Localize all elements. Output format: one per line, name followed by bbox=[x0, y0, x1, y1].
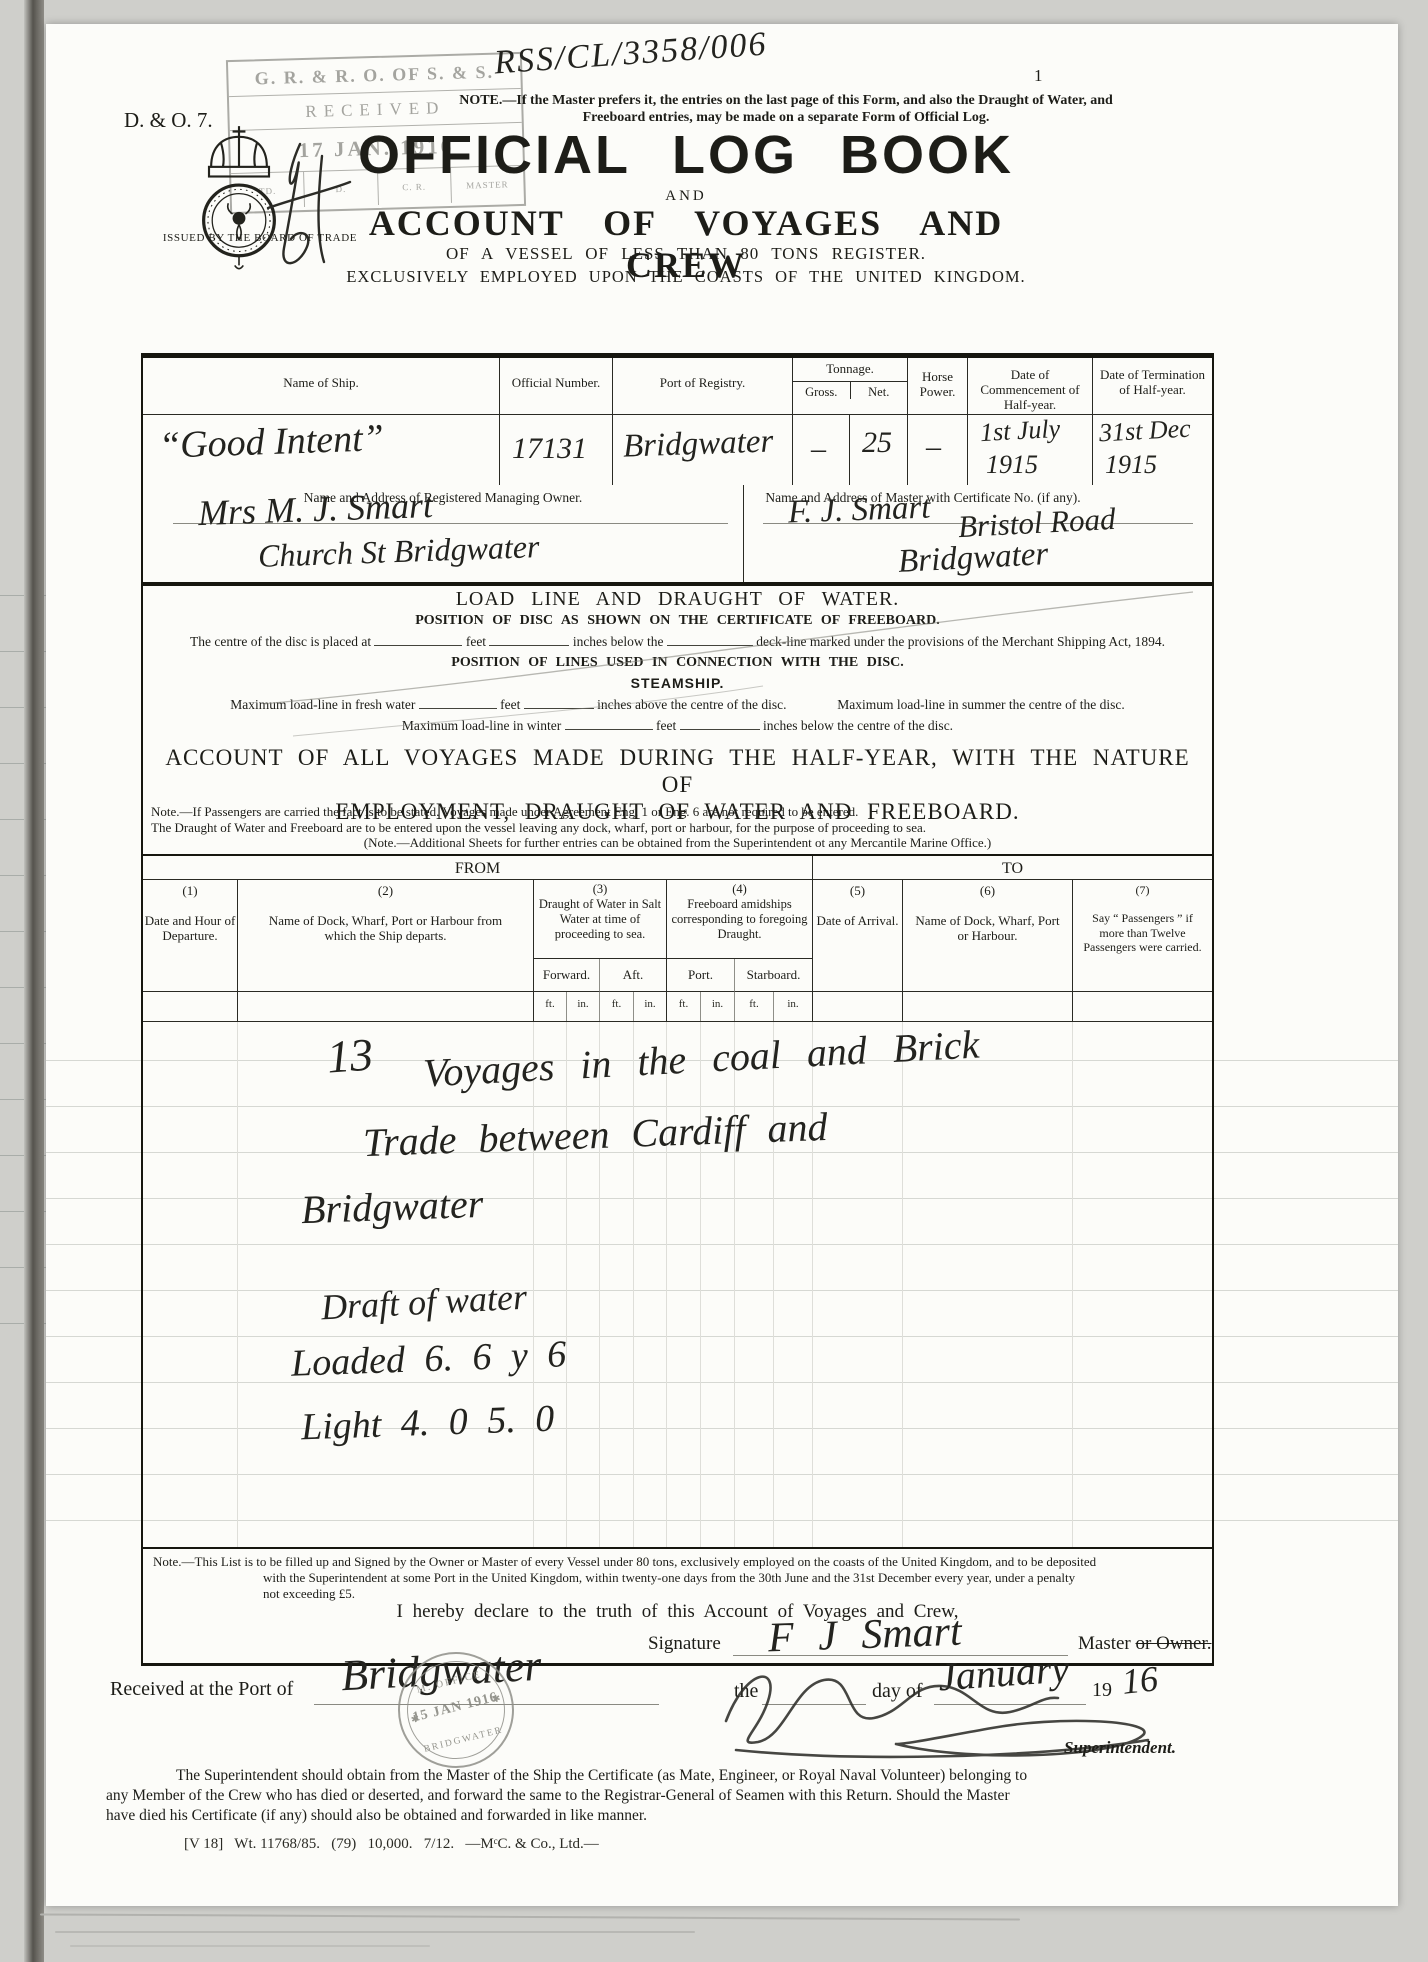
cell-divider bbox=[743, 485, 744, 582]
form-box: Name of Ship. Official Number. Port of R… bbox=[141, 353, 1214, 1666]
page-edge-line bbox=[40, 1913, 1020, 1920]
commencement-cell: 1st July 1915 bbox=[967, 415, 1092, 485]
log-book-page: D. & O. 7. G. R. & R. O. OF S. & S. RECE… bbox=[46, 24, 1398, 1906]
empty-cell bbox=[812, 992, 902, 1021]
col2-label: Name of Dock, Wharf, Port or Harbour fro… bbox=[269, 913, 502, 944]
col6-number: (6) bbox=[913, 880, 1062, 913]
empty-cell bbox=[143, 992, 237, 1021]
account-notes: Note.—If Passengers are carried the fact… bbox=[143, 802, 1212, 854]
page-edge-line bbox=[55, 1931, 695, 1933]
in-label: in. bbox=[700, 992, 734, 1021]
commencement-value1: 1st July bbox=[979, 415, 1060, 446]
col5-header: (5) Date of Arrival. bbox=[812, 880, 902, 992]
bottom-note-line2: with the Superintendent at some Port in … bbox=[263, 1570, 1075, 1586]
official-number-value: 17131 bbox=[512, 433, 587, 465]
col-official-number: Official Number. bbox=[499, 358, 612, 415]
top-note-line1: NOTE.—If the Master prefers it, the entr… bbox=[436, 92, 1136, 109]
in-label: in. bbox=[566, 992, 599, 1021]
to-group-header: TO bbox=[812, 856, 1212, 880]
vessel-line2: EXCLUSIVELY EMPLOYED UPON THE COASTS OF … bbox=[296, 267, 1076, 287]
bottom-note-line1: Note.—This List is to be filled up and S… bbox=[153, 1554, 1096, 1570]
ship-name-value: “Good Intent” bbox=[158, 419, 384, 467]
col-termination: Date of Termination of Half-year. bbox=[1092, 358, 1212, 415]
net-value: 25 bbox=[862, 427, 892, 459]
starboard-subheader: Starboard. bbox=[734, 959, 812, 992]
entry-line2: Trade between Cardiff and bbox=[362, 1106, 828, 1164]
received-at-port-label: Received at the Port of bbox=[110, 1678, 293, 1701]
col6-label: Name of Dock, Wharf, Port or Harbour. bbox=[915, 913, 1059, 944]
col1-label: Date and Hour of Departure. bbox=[145, 913, 236, 944]
instructions-line3: have died his Certificate (if any) shoul… bbox=[106, 1806, 1224, 1826]
col1-number: (1) bbox=[143, 880, 237, 913]
termination-value1: 31st Dec bbox=[1098, 415, 1191, 447]
entry-line1: Voyages in the coal and Brick bbox=[422, 1023, 980, 1094]
ft-label: ft. bbox=[666, 992, 700, 1021]
col2-header: (2) Name of Dock, Wharf, Port or Harbour… bbox=[237, 880, 533, 992]
official-number-cell: 17131 bbox=[499, 415, 612, 485]
ft-label: ft. bbox=[599, 992, 633, 1021]
printer-imprint: [V 18] Wt. 11768/85. (79) 10,000. 7/12. … bbox=[184, 1836, 599, 1853]
superintendent-label: Superintendent. bbox=[976, 1738, 1176, 1758]
col4-group-header: (4) Freeboard amidships corresponding to… bbox=[666, 880, 812, 959]
account-heading: ACCOUNT OF ALL VOYAGES MADE DURING THE H… bbox=[143, 742, 1212, 802]
scanned-document: D. & O. 7. G. R. & R. O. OF S. & S. RECE… bbox=[0, 0, 1428, 1962]
declaration-text: I hereby declare to the truth of this Ac… bbox=[143, 1601, 1212, 1623]
entry-draft-light: Light 4. 0 5. 0 bbox=[300, 1400, 554, 1449]
entry-draft-loaded: Loaded 6. 6 y 6 bbox=[290, 1335, 567, 1384]
load-line-section: LOAD LINE AND DRAUGHT OF WATER. POSITION… bbox=[143, 586, 1212, 742]
col3-group-header: (3) Draught of Water in Salt Water at ti… bbox=[533, 880, 666, 959]
owner-master-row: Name and Address of Registered Managing … bbox=[143, 485, 1212, 586]
ship-name-cell: “Good Intent” bbox=[143, 415, 499, 485]
net-cell: 25 bbox=[849, 415, 907, 485]
col3-number: (3) bbox=[534, 882, 666, 897]
empty-cell bbox=[902, 992, 1072, 1021]
col7-number: (7) bbox=[1079, 880, 1206, 911]
col1-header: (1) Date and Hour of Departure. bbox=[143, 880, 237, 992]
col4-label: Freeboard amidships corresponding to for… bbox=[671, 897, 807, 941]
in-label: in. bbox=[633, 992, 666, 1021]
empty-cell bbox=[1072, 992, 1212, 1021]
page-edge-line bbox=[70, 1945, 430, 1947]
ship-particulars-table: Name of Ship. Official Number. Port of R… bbox=[143, 358, 1212, 485]
page-number: 1 bbox=[1034, 66, 1043, 86]
col-tonnage-group: Tonnage. Gross. Net. bbox=[792, 358, 907, 415]
horse-value: – bbox=[926, 431, 941, 463]
bottom-note-line3: not exceeding £5. bbox=[263, 1586, 355, 1602]
ft-label: ft. bbox=[734, 992, 773, 1021]
termination-value2: 1915 bbox=[1105, 451, 1157, 478]
account-heading-line1: ACCOUNT OF ALL VOYAGES MADE DURING THE H… bbox=[143, 744, 1212, 798]
superintendent-instructions: The Superintendent should obtain from th… bbox=[106, 1766, 1224, 1826]
col2-number: (2) bbox=[262, 880, 509, 913]
owner-name-value: Mrs M. J. Smart bbox=[197, 487, 433, 533]
account-note3: (Note.—Additional Sheets for further ent… bbox=[151, 835, 1204, 851]
in-label: in. bbox=[773, 992, 812, 1021]
gross-label: Gross. bbox=[793, 382, 850, 399]
instructions-line1: The Superintendent should obtain from th… bbox=[106, 1766, 1224, 1786]
archive-reference-handwritten: RSS/CL/3358/006 bbox=[493, 26, 769, 81]
pen-scratch-mark bbox=[143, 586, 1208, 739]
col-name-of-ship: Name of Ship. bbox=[143, 358, 499, 415]
ft-label: ft. bbox=[533, 992, 566, 1021]
entry-line3: Bridgwater bbox=[300, 1183, 484, 1231]
entry-draft-heading: Draft of water bbox=[320, 1279, 528, 1328]
forward-subheader: Forward. bbox=[533, 959, 599, 992]
account-note2: The Draught of Water and Freeboard are t… bbox=[151, 820, 1204, 836]
empty-cell bbox=[237, 992, 533, 1021]
col6-header: (6) Name of Dock, Wharf, Port or Harbour… bbox=[902, 880, 1072, 992]
account-note1: Note.—If Passengers are carried the fact… bbox=[151, 804, 1204, 820]
net-label: Net. bbox=[850, 382, 908, 399]
col5-label: Date of Arrival. bbox=[817, 913, 899, 928]
port-value: Bridgwater bbox=[622, 424, 773, 464]
port-subheader: Port. bbox=[666, 959, 734, 992]
col5-number: (5) bbox=[813, 880, 902, 913]
col7-label: Say “ Passengers ” if more than Twelve P… bbox=[1083, 911, 1201, 954]
col-commencement: Date of Commencement of Half-year. bbox=[967, 358, 1092, 415]
aft-subheader: Aft. bbox=[599, 959, 666, 992]
col-horse-power: Horse Power. bbox=[907, 358, 967, 415]
master-name-value: F. J. Smart bbox=[787, 491, 931, 531]
port-cell: Bridgwater bbox=[612, 415, 792, 485]
instructions-line2: any Member of the Crew who has died or d… bbox=[106, 1786, 1224, 1806]
gross-value: – bbox=[811, 433, 826, 465]
commencement-value2: 1915 bbox=[986, 451, 1038, 478]
col4-number: (4) bbox=[667, 882, 812, 897]
book-binding-edge bbox=[24, 0, 44, 1962]
termination-cell: 31st Dec 1915 bbox=[1092, 415, 1212, 485]
owner-address-value: Church St Bridgwater bbox=[257, 530, 539, 573]
entry-voyage-count: 13 bbox=[325, 1030, 374, 1081]
master-address-value2: Bridgwater bbox=[897, 537, 1049, 579]
voyages-table-header: FROM TO (1) Date and Hour of Departure. … bbox=[143, 854, 1212, 1022]
col7-header: (7) Say “ Passengers ” if more than Twel… bbox=[1072, 880, 1212, 992]
horse-cell: – bbox=[907, 415, 967, 485]
from-group-header: FROM bbox=[143, 856, 812, 880]
voyages-table-body: 13 Voyages in the coal and Brick Trade b… bbox=[143, 1022, 1212, 1547]
vessel-line1: OF A VESSEL OF LESS THAN 80 TONS REGISTE… bbox=[336, 244, 1036, 264]
gross-cell: – bbox=[792, 415, 849, 485]
col-port-of-registry: Port of Registry. bbox=[612, 358, 792, 415]
main-title: OFFICIAL LOG BOOK bbox=[336, 124, 1036, 186]
tonnage-label: Tonnage. bbox=[793, 358, 907, 377]
col3-label: Draught of Water in Salt Water at time o… bbox=[539, 897, 661, 941]
